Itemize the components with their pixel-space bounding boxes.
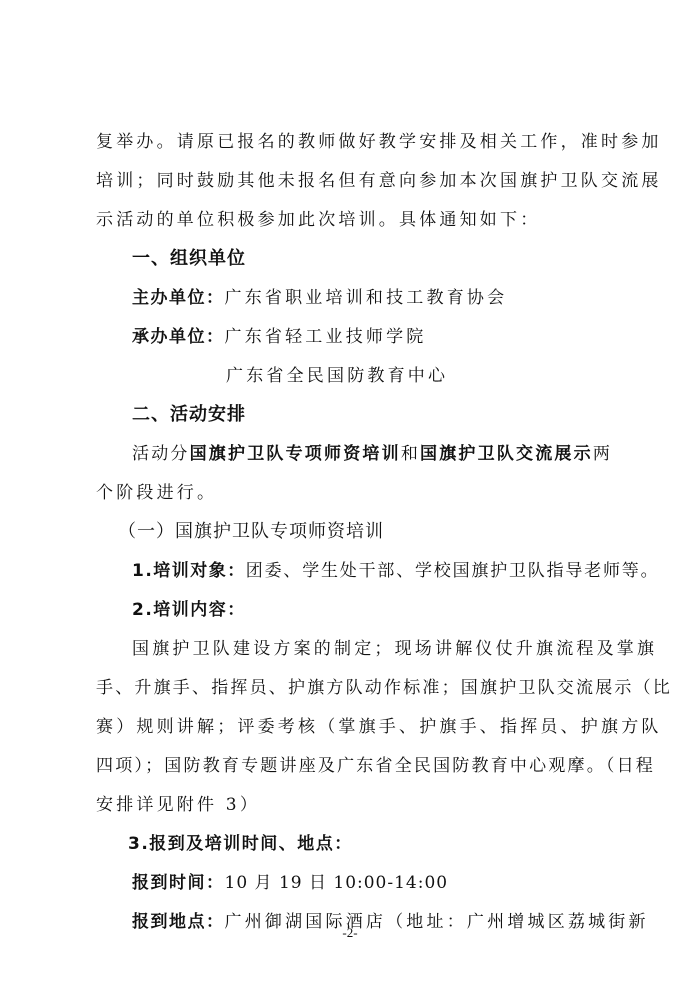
organizer-unit-value-1: 广东省轻工业技师学院	[225, 327, 427, 347]
checkin-time-label: 报到时间：	[132, 873, 225, 893]
page-number: -2-	[0, 925, 700, 941]
section-2-heading: 二、活动安排	[132, 400, 652, 430]
checkin-time-value: 10 月 19 日 10:00-14:00	[225, 873, 449, 893]
activity-desc-line-2: 个阶段进行。	[96, 478, 616, 508]
training-content-line-3: 赛）规则讲解；评委考核（掌旗手、护旗手、指挥员、护旗方队	[96, 712, 616, 742]
activity-desc-line-1: 活动分国旗护卫队专项师资培训和国旗护卫队交流展示两	[132, 439, 652, 469]
host-unit-row: 主办单位：广东省职业培训和技工教育协会	[132, 283, 652, 313]
training-content-line-1: 国旗护卫队建设方案的制定；现场讲解仪仗升旗流程及掌旗	[132, 634, 652, 664]
training-content-line-5: 安排详见附件 3）	[96, 790, 616, 820]
organizer-unit-label: 承办单位：	[132, 327, 225, 347]
intro-line-2: 培训；同时鼓励其他未报名但有意向参加本次国旗护卫队交流展	[96, 166, 616, 196]
checkin-time-row: 报到时间：10 月 19 日 10:00-14:00	[132, 868, 652, 898]
desc-text: 两	[593, 444, 612, 464]
training-target-label: 1.培训对象：	[132, 561, 246, 581]
host-unit-label: 主办单位：	[132, 288, 225, 308]
intro-line-3: 示活动的单位积极参加此次培训。具体通知如下：	[96, 205, 616, 235]
training-content-label: 2.培训内容：	[132, 595, 652, 625]
training-content-line-2: 手、升旗手、指挥员、护旗方队动作标准；国旗护卫队交流展示（比	[96, 673, 616, 703]
intro-line-1: 复举办。请原已报名的教师做好教学安排及相关工作，准时参加	[96, 127, 616, 157]
desc-text: 和	[401, 444, 420, 464]
organizer-unit-value-2: 广东省全民国防教育中心	[226, 361, 700, 391]
subsection-1-heading: （一）国旗护卫队专项师资培训	[118, 517, 638, 547]
section-1-heading: 一、组织单位	[132, 244, 652, 274]
document-page: 复举办。请原已报名的教师做好教学安排及相关工作，准时参加 培训；同时鼓励其他未报…	[0, 0, 700, 990]
desc-bold-showcase: 国旗护卫队交流展示	[420, 444, 593, 464]
training-target-value: 团委、学生处干部、学校国旗护卫队指导老师等。	[246, 561, 660, 581]
checkin-heading: 3.报到及培训时间、地点：	[128, 829, 648, 859]
desc-bold-training: 国旗护卫队专项师资培训	[190, 444, 401, 464]
training-content-line-4: 四项）；国防教育专题讲座及广东省全民国防教育中心观摩。（日程	[96, 751, 616, 781]
host-unit-value: 广东省职业培训和技工教育协会	[225, 288, 508, 308]
desc-text: 活动分	[132, 444, 190, 464]
training-target-row: 1.培训对象：团委、学生处干部、学校国旗护卫队指导老师等。	[132, 556, 652, 586]
organizer-unit-row: 承办单位：广东省轻工业技师学院	[132, 322, 652, 352]
